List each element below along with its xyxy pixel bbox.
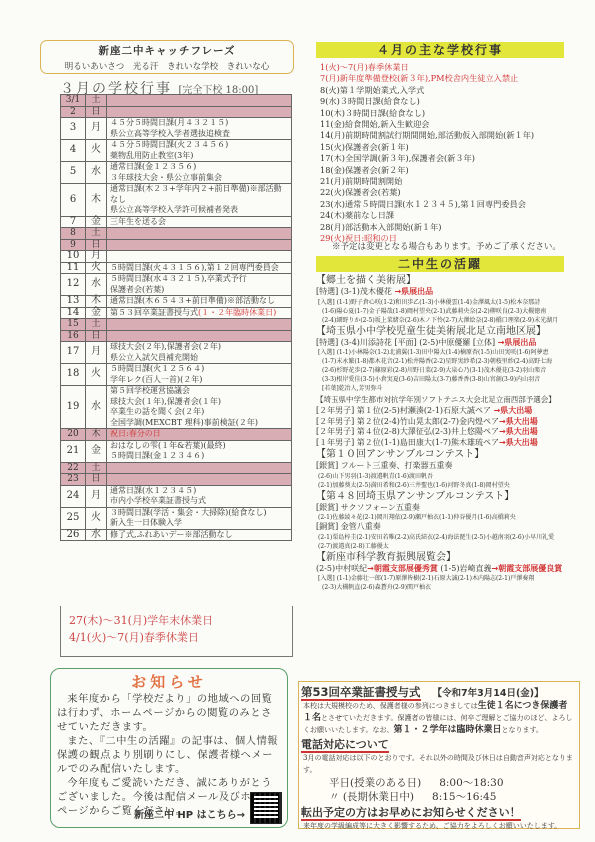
calendar-row: 3月４５分５時間日課(月４３２１５)県公立高等学校入学者選抜追検査 bbox=[61, 118, 292, 140]
calendar-weekday: 月 bbox=[86, 342, 107, 364]
activities-banner: 二中生の活躍 bbox=[316, 256, 564, 272]
calendar-weekday: 日 bbox=[86, 239, 107, 251]
event-line: 県公立高等学校入学者選抜追検査 bbox=[110, 129, 288, 140]
award-label: →県大出場 bbox=[499, 427, 538, 436]
phone-label: 〃 (長期休業日中) bbox=[329, 791, 414, 803]
calendar-weekday: 土 bbox=[86, 228, 107, 240]
april-event: 10(木)３時間日課(給食なし) bbox=[320, 108, 575, 119]
calendar-day: 10 bbox=[61, 251, 86, 263]
activity-text: [２年男子] 第１位(2-5)村瀬湊(2-1)石原大誠ペア bbox=[316, 406, 494, 415]
calendar-weekday: 水 bbox=[86, 162, 107, 184]
holiday-line: 4/1(火)～7(月)春季休業日 bbox=[61, 629, 292, 646]
transfer-title: 転出予定の方はお早めにお知らせください！ bbox=[301, 806, 521, 821]
activity-line: (2-1)栗島梓圭(2-1)安田若唯(2-2)高氏結衣(2-4)海法琵生(2-5… bbox=[316, 533, 578, 542]
activity-text: (1-5)岩崎直義 bbox=[438, 564, 492, 573]
event-line: ３年球技大会・県公立事前集会 bbox=[110, 173, 288, 184]
phone-text: 3月の電話対応は以下のとおりです。それ以外の時間及び休日は自動音声対応となります… bbox=[299, 752, 579, 776]
calendar-weekday: 水 bbox=[86, 274, 107, 296]
calendar-row: 14金第５３回卒業証書授与式(１・２年臨時休業日) bbox=[61, 307, 292, 319]
calendar-row: 10月 bbox=[61, 251, 292, 263]
april-event: 9(水)３時間日課(給食なし) bbox=[320, 96, 575, 107]
calendar-row: 23日 bbox=[61, 474, 292, 486]
holiday-line: 27(木)～31(月)学年末休業日 bbox=[61, 612, 292, 629]
event-line: 修了式,ふれあいデー※部活動なし bbox=[110, 530, 288, 541]
calendar-weekday: 水 bbox=[86, 386, 107, 429]
event-line: ５時間日課(火４３１５６),第１２回専門委員会 bbox=[110, 263, 288, 274]
event-line: 通常日課(水１２３４５) bbox=[110, 486, 288, 497]
calendar-events: おはなしの雫(１年&若葉)(最終)５時間日課(金１２３４６) bbox=[107, 440, 292, 462]
calendar-weekday: 火 bbox=[86, 507, 107, 529]
activity-line: [２年男子] 第２位(2-4)竹山晃太郎(2-7)金内煌ペア→県大出場 bbox=[316, 417, 578, 428]
activity-line: (1-7)末永繁(1-8)都木花音(2-1)松井陽香(2-2)星野実紗希(2-3… bbox=[316, 357, 578, 366]
calendar-events: 第５回学校運営協議会球技大会(１年),保護者会(１年)卒業生の話を聞く会(２年)… bbox=[107, 386, 292, 429]
activity-text: (1-7)末永繁(1-8)都木花音(2-1)松井陽香(2-2)星野実紗希(2-3… bbox=[322, 358, 552, 365]
activity-text: [銀賞] サクソフォーン五重奏 bbox=[316, 503, 420, 512]
text-part: となります。 bbox=[501, 726, 542, 734]
qr-code-icon[interactable] bbox=[251, 793, 281, 823]
activity-line: (2-1)佐藤綾々花(2-1)岡川翔依(2-9)瀬戸柚衣(1-1)仲谷優月(1-… bbox=[316, 513, 578, 522]
activity-line: (2-7)渡邉真(2-8)工藤優太 bbox=[316, 542, 578, 551]
calendar-row: 22土 bbox=[61, 462, 292, 474]
event-line: ５時間日課(水４３２１５),卒業式予行 bbox=[110, 274, 288, 285]
calendar-row: 26水修了式,ふれあいデー※部活動なし bbox=[61, 529, 292, 541]
calendar-day: 5 bbox=[61, 162, 86, 184]
april-event: 28(月)部活動本入部開始(新１年) bbox=[320, 222, 575, 233]
april-event: 23(水)通常５時間日課(水１２３４５),第１回専門委員会 bbox=[320, 199, 575, 210]
event-line: 球技大会(２年),保護者会(２年) bbox=[110, 342, 288, 353]
calendar-row: 6木通常日課(木２３+学年内２+前日準備)※部活動なし県公立高等学校入学許可候補… bbox=[61, 184, 292, 217]
calendar-row: 21金おはなしの雫(１年&若葉)(最終)５時間日課(金１２３４６) bbox=[61, 440, 292, 462]
catchphrase-text: 明るいあいさつ 光る汗 きれいな学校 きれいな心 bbox=[41, 60, 293, 72]
activity-line: [銅賞] 金管八重奏 bbox=[316, 522, 578, 533]
calendar-row: 20木祝日:春分の日 bbox=[61, 429, 292, 441]
event-line: ３時間日課(学活・集会・大掃除)(給食なし) bbox=[110, 508, 288, 519]
activity-text: (3-3)根岸愛佳(3-5)小倉実夏(3-6)吉田陽太(3-7)藤香香(3-8)… bbox=[322, 376, 540, 383]
activity-line: [特選] (3-1)茂木優花 →県展出品 bbox=[316, 287, 578, 298]
activity-text: [銀賞] フルート三重奏、打楽器五重奏 bbox=[316, 461, 452, 470]
calendar-events: ５時間日課(火４３１５６),第１２回専門委員会 bbox=[107, 262, 292, 274]
calendar-row: 18火５時間日課(火１２５６４)学年レク(百人一首)(２年) bbox=[61, 364, 292, 386]
calendar-weekday: 金 bbox=[86, 307, 107, 319]
calendar-day: 14 bbox=[61, 307, 86, 319]
calendar-events bbox=[107, 95, 292, 107]
activity-heading: 【埼玉県小中学校児童生徒美術展北足立南地区展】 bbox=[316, 325, 578, 338]
calendar-day: 17 bbox=[61, 342, 86, 364]
event-line: 通常日課(木２３+学年内２+前日準備)※部活動なし bbox=[110, 184, 288, 205]
activity-line: (2-1)加藤葵太(2-5)満田希和(2-6)三井聖也(1-6)河野冬真(1-8… bbox=[316, 481, 578, 490]
calendar-events: ３時間日課(学活・集会・大掃除)(給食なし)新入生一日体験入学 bbox=[107, 507, 292, 529]
award-label: →県大出場 bbox=[494, 406, 533, 415]
calendar-day: 2 bbox=[61, 106, 86, 118]
activity-text: [特選] (3-1)茂木優花 bbox=[316, 287, 394, 296]
calendar-day: 23 bbox=[61, 474, 86, 486]
calendar-day: 6 bbox=[61, 184, 86, 217]
calendar-events bbox=[107, 474, 292, 486]
activity-line: (2-5)中村咲紀→朝霞支部展優秀賞 (1-5)岩崎直義→朝霞支部展優良賞 bbox=[316, 564, 578, 575]
april-event: 8(火)第１学期始業式,入学式 bbox=[320, 85, 575, 96]
april-event: 24(木)薬前なし日課 bbox=[320, 210, 575, 221]
graduation-title: 第53回卒業証書授与式 bbox=[301, 685, 421, 701]
calendar-weekday: 土 bbox=[86, 462, 107, 474]
phone-row: 平日(授業のある日)8:00～18:30 bbox=[299, 776, 579, 790]
calendar-day: 24 bbox=[61, 485, 86, 507]
event-line: 通常日課(金１２３５６) bbox=[110, 162, 288, 173]
event-line: 第５３回卒業証書授与式(１・２年臨時休業日) bbox=[110, 308, 288, 319]
event-line: 三年生を送る会 bbox=[110, 217, 288, 228]
calendar-day: 16 bbox=[61, 330, 86, 342]
calendar-events: 第５３回卒業証書授与式(１・２年臨時休業日) bbox=[107, 307, 292, 319]
calendar-events: 通常日課(金１２３５６)３年球技大会・県公立事前集会 bbox=[107, 162, 292, 184]
activity-line: [２年男子] 第１位(2-5)村瀬湊(2-1)石原大誠ペア →県大出場 bbox=[316, 406, 578, 417]
calendar-weekday: 月 bbox=[86, 251, 107, 263]
calendar-weekday: 土 bbox=[86, 95, 107, 107]
catchphrase-title: 新座二中キャッチフレーズ bbox=[41, 43, 293, 58]
calendar-weekday: 木 bbox=[86, 429, 107, 441]
calendar-day: 3/1 bbox=[61, 95, 86, 107]
activity-text: [入選] (1-1)金藤壮一郎(1-7)原澤皆樹(2-1)石原大誠(2-1)木内… bbox=[318, 575, 534, 582]
calendar-weekday: 火 bbox=[86, 140, 107, 162]
calendar-day: 20 bbox=[61, 429, 86, 441]
event-line: 市内小学校卒業証書授与式 bbox=[110, 496, 288, 507]
event-line: 球技大会(１年),保護者会(１年) bbox=[110, 397, 288, 408]
calendar-day: 11 bbox=[61, 262, 86, 274]
calendar-row: 24月通常日課(水１２３４５)市内小学校卒業証書授与式 bbox=[61, 485, 292, 507]
notice-paragraph: また、『二中生の活躍』の記事は、個人情報保護の観点より別刷りにし、保護者様へメー… bbox=[51, 734, 287, 776]
calendar-row: 12水５時間日課(水４３２１５),卒業式予行保護者会(若葉) bbox=[61, 274, 292, 296]
transfer-heading: 転出予定の方はお早めにお知らせください！ bbox=[301, 804, 579, 820]
calendar-events: 通常日課(水１２３４５)市内小学校卒業証書授与式 bbox=[107, 485, 292, 507]
award-label: →県大出場 bbox=[499, 438, 538, 447]
calendar-weekday: 日 bbox=[86, 106, 107, 118]
graduation-heading: 第53回卒業証書授与式【令和7年3月14日(金)】 bbox=[301, 684, 579, 700]
activity-text: [入選] (1-1)小林陽奈(1-2)北浦翼(1-3)田中陽大(1-4)楠原杏(… bbox=[318, 349, 549, 356]
march-calendar-table: 3/1土2日3月４５分５時間日課(月４３２１５)県公立高等学校入学者選抜追検査4… bbox=[60, 94, 292, 541]
activity-heading: 【郷土を描く美術展】 bbox=[316, 274, 578, 287]
april-event: 15(火)保護者会(新１年) bbox=[320, 142, 575, 153]
calendar-events bbox=[107, 106, 292, 118]
activity-text: [銅賞] 金管八重奏 bbox=[316, 522, 381, 531]
calendar-weekday: 金 bbox=[86, 216, 107, 228]
calendar-row: 19水第５回学校運営協議会球技大会(１年),保護者会(１年)卒業生の話を聞く会(… bbox=[61, 386, 292, 429]
april-event: 1(火)～7(月)春季休業日 bbox=[320, 62, 575, 73]
calendar-day: 21 bbox=[61, 440, 86, 462]
activity-line: [入選] (1-1)金藤壮一郎(1-7)原澤皆樹(2-1)石原大誠(2-1)木内… bbox=[316, 574, 578, 583]
activity-line: [特選] (3-4)川添詩花 [平面] (2-5)中原優羅 [立体] →県展出品 bbox=[316, 338, 578, 349]
calendar-weekday: 火 bbox=[86, 364, 107, 386]
activity-text: [２年男子] 第２位(2-4)竹山晃太郎(2-7)金内煌ペア bbox=[316, 417, 499, 426]
calendar-day: 8 bbox=[61, 228, 86, 240]
activity-line: (2-4)細野りか(2-5)坂上菜緒奈(2-6)木ノ下怜(2-7)大澤絵奈(2-… bbox=[316, 316, 578, 325]
calendar-weekday: 木 bbox=[86, 296, 107, 308]
calendar-weekday: 月 bbox=[86, 485, 107, 507]
april-event: 17(木)全国学調(新３年),保護者会(新３年) bbox=[320, 153, 575, 164]
activity-text: (2-3)大槻帆直(2-6)森蒼舟(2-9)関戸柚衣 bbox=[322, 584, 431, 591]
activity-text: (2-7)渡邉真(2-8)工藤優太 bbox=[318, 543, 389, 550]
calendar-events bbox=[107, 228, 292, 240]
calendar-weekday: 日 bbox=[86, 474, 107, 486]
calendar-events bbox=[107, 330, 292, 342]
activity-line: (2-6)杉野花歩(2-7)篠原彩(2-8)川野日菜(2-9)大泉心乃(3-1)… bbox=[316, 366, 578, 375]
calendar-weekday: 水 bbox=[86, 529, 107, 541]
activity-text: [１年男子] 第２位(1-1)島田康大(1-7)熊木雄琉ペア bbox=[316, 438, 499, 447]
activity-text: (1-6)陽心夏(1-7)金子陽哉(1-8)岡村望央(2-1)武藤莉央奈(2-2… bbox=[322, 308, 546, 315]
activity-line: [入選] (1-1)野子倉心咲(1-2)和田歩乙(1-3)小林優雲(1-4)金澤… bbox=[316, 298, 578, 307]
activity-heading: 【埼玉県中学生都市対抗学年別ソフトテニス大会北足立南西部予選会】 bbox=[316, 393, 578, 406]
activity-line: (1-6)陽心夏(1-7)金子陽哉(1-8)岡村望央(2-1)武藤莉央奈(2-2… bbox=[316, 307, 578, 316]
calendar-events: ４５分５時間日課(火２３４５６)薬物乱用防止教室(3年) bbox=[107, 140, 292, 162]
activity-text: [入選] (1-1)野子倉心咲(1-2)和田歩乙(1-3)小林優雲(1-4)金澤… bbox=[318, 299, 540, 306]
activity-text: (2-1)加藤葵太(2-5)満田希和(2-6)三井聖也(1-6)河野冬真(1-8… bbox=[318, 482, 510, 489]
calendar-row: 13木通常日課(木６５４３+前日準備)※部活動なし bbox=[61, 296, 292, 308]
transfer-text: 来年度の学級編成等に大きく影響するため、ご協力をよろしくお願いいたします。 bbox=[299, 820, 579, 832]
calendar-weekday: 月 bbox=[86, 118, 107, 140]
april-event: 14(月)前期時間割試行期間開始,部活動仮入部開始(新１年) bbox=[320, 130, 575, 141]
calendar-day: 25 bbox=[61, 507, 86, 529]
calendar-events bbox=[107, 239, 292, 251]
event-note-red: (１・２年臨時休業日) bbox=[198, 308, 276, 317]
calendar-events: ４５分５時間日課(月４３２１５)県公立高等学校入学者選抜追検査 bbox=[107, 118, 292, 140]
april-events-list: 1(火)～7(月)春季休業日7(月)新年度準備登校(新３年),PM校舎内生徒立入… bbox=[320, 62, 575, 245]
phone-time: 8:00～18:30 bbox=[439, 777, 503, 789]
event-line: ４５分５時間日課(火２３４５６) bbox=[110, 140, 288, 151]
calendar-events: 修了式,ふれあいデー※部活動なし bbox=[107, 529, 292, 541]
event-line: 新入生一日体験入学 bbox=[110, 518, 288, 529]
calendar-events bbox=[107, 319, 292, 331]
calendar-weekday: 木 bbox=[86, 184, 107, 217]
award-label: →県展出品 bbox=[498, 338, 537, 347]
notice-box: お知らせ 来年度から「学校だより」の地域への回覧は行わず、ホームページからの閲覧… bbox=[50, 668, 288, 828]
award-label: →県大出場 bbox=[499, 417, 538, 426]
april-event: 21(月)前期時間割開始 bbox=[320, 176, 575, 187]
activity-line: [１年男子] 第２位(1-1)島田康大(1-7)熊木雄琉ペア→県大出場 bbox=[316, 438, 578, 449]
calendar-weekday: 金 bbox=[86, 440, 107, 462]
event-line: 県公立高等学校入学許可候補者発表 bbox=[110, 205, 288, 216]
event-line: 卒業生の話を聞く会(２年) bbox=[110, 407, 288, 418]
calendar-row: 17月球技大会(２年),保護者会(２年)県公立入試欠員補充開始 bbox=[61, 342, 292, 364]
event-line: ４５分５時間日課(月４３２１５) bbox=[110, 118, 288, 129]
calendar-day: 19 bbox=[61, 386, 86, 429]
activity-line: (3-3)根岸愛佳(3-5)小倉実夏(3-6)吉田陽太(3-7)藤香香(3-8)… bbox=[316, 375, 578, 384]
calendar-day: 15 bbox=[61, 319, 86, 331]
calendar-events bbox=[107, 251, 292, 263]
activity-text: (2-4)細野りか(2-5)坂上菜緒奈(2-6)木ノ下怜(2-7)大澤絵奈(2-… bbox=[322, 317, 558, 324]
event-line: ５時間日課(火１２５６４) bbox=[110, 364, 288, 375]
calendar-day: 3 bbox=[61, 118, 86, 140]
calendar-events: ５時間日課(火１２５６４)学年レク(百人一首)(２年) bbox=[107, 364, 292, 386]
calendar-weekday: 火 bbox=[86, 262, 107, 274]
calendar-day: 4 bbox=[61, 140, 86, 162]
phone-label: 平日(授業のある日) bbox=[329, 777, 421, 789]
phone-title: 電話対応について bbox=[301, 738, 389, 753]
calendar-row: 2日 bbox=[61, 106, 292, 118]
schedule-note: ※予定は変更となる場合もあります。予めご了承ください。 bbox=[332, 240, 561, 252]
april-event: 22(火)保護者会(若葉) bbox=[320, 187, 575, 198]
march-holiday-box: 27(木)～31(月)学年末休業日 4/1(火)～7(月)春季休業日 bbox=[60, 606, 293, 657]
calendar-day: 9 bbox=[61, 239, 86, 251]
activity-line: (2-6)山下男羽(1-3)渡邉帆青(1-6)渡田帆吾 bbox=[316, 472, 578, 481]
event-line: 通常日課(木６５４３+前日準備)※部活動なし bbox=[110, 296, 288, 307]
activity-heading: 【新座市科学教育振興展覧会】 bbox=[316, 551, 578, 564]
activity-line: [２年男子] 第４位(2-8)大澤征弘(2-3)井上悠陽ペア→県大出場 bbox=[316, 427, 578, 438]
event-line: ５時間日課(金１２３４６) bbox=[110, 451, 288, 462]
calendar-day: 26 bbox=[61, 529, 86, 541]
calendar-weekday: 日 bbox=[86, 330, 107, 342]
calendar-row: 5水通常日課(金１２３５６)３年球技大会・県公立事前集会 bbox=[61, 162, 292, 184]
phone-time: 8:15～16:45 bbox=[432, 791, 496, 803]
calendar-events: ５時間日課(水４３２１５),卒業式予行保護者会(若葉) bbox=[107, 274, 292, 296]
activity-heading: 【第４８回埼玉県アンサンブルコンテスト】 bbox=[316, 490, 578, 503]
activity-text: [２年男子] 第４位(2-8)大澤征弘(2-3)井上悠陽ペア bbox=[316, 427, 499, 436]
activity-line: [入選] (1-1)小林陽奈(1-2)北浦翼(1-3)田中陽大(1-4)楠原杏(… bbox=[316, 348, 578, 357]
april-event: 11(金)給食開始,新入生歓迎会 bbox=[320, 119, 575, 130]
calendar-day: 18 bbox=[61, 364, 86, 386]
graduation-box: 第53回卒業証書授与式【令和7年3月14日(金)】 本校は大規模校のため、保護者… bbox=[298, 681, 580, 829]
activity-text: (2-1)栗島梓圭(2-1)安田若唯(2-2)高氏結衣(2-4)海法琵生(2-5… bbox=[318, 534, 554, 541]
calendar-events bbox=[107, 462, 292, 474]
activity-text: (2-6)杉野花歩(2-7)篠原彩(2-8)川野日菜(2-9)大泉心乃(3-1)… bbox=[322, 367, 546, 374]
graduation-date: 【令和7年3月14日(金)】 bbox=[433, 688, 544, 699]
calendar-row: 11火５時間日課(火４３１５６),第１２回専門委員会 bbox=[61, 262, 292, 274]
calendar-weekday: 土 bbox=[86, 319, 107, 331]
phone-heading: 電話対応について bbox=[301, 736, 579, 752]
calendar-events: 三年生を送る会 bbox=[107, 216, 292, 228]
calendar-row: 9日 bbox=[61, 239, 292, 251]
text-part: 本校は大規模校のため、保護者様の参列につきましては bbox=[303, 702, 478, 710]
event-line: 第５回学校運営協議会 bbox=[110, 386, 288, 397]
graduation-text: 本校は大規模校のため、保護者様の参列につきましては生徒１名につき保護者１名とさせ… bbox=[299, 700, 579, 736]
calendar-events: 球技大会(２年),保護者会(２年)県公立入試欠員補充開始 bbox=[107, 342, 292, 364]
award-label: →県展出品 bbox=[394, 287, 433, 296]
calendar-events: 祝日:春分の日 bbox=[107, 429, 292, 441]
activity-line: [銀賞] フルート三重奏、打楽器五重奏 bbox=[316, 461, 578, 472]
calendar-row: 25火３時間日課(学活・集会・大掃除)(給食なし)新入生一日体験入学 bbox=[61, 507, 292, 529]
april-event: 7(月)新年度準備登校(新３年),PM校舎内生徒立入禁止 bbox=[320, 73, 575, 84]
april-events-banner: ４月の主な学校行事 bbox=[316, 42, 564, 58]
activity-line: (2-3)大槻帆直(2-6)森蒼舟(2-9)関戸柚衣 bbox=[316, 583, 578, 592]
calendar-row: 8土 bbox=[61, 228, 292, 240]
homepage-link[interactable]: 新座二中 HP はこちら→ bbox=[134, 806, 245, 821]
activities-list: 【郷土を描く美術展】[特選] (3-1)茂木優花 →県展出品[入選] (1-1)… bbox=[316, 274, 578, 592]
event-line: おはなしの雫(１年&若葉)(最終) bbox=[110, 441, 288, 452]
activity-line: [銀賞] サクソフォーン五重奏 bbox=[316, 503, 578, 514]
calendar-events: 通常日課(木６５４３+前日準備)※部活動なし bbox=[107, 296, 292, 308]
activity-line: [若葉]乾冶人,芳男弥斗 bbox=[316, 384, 578, 393]
activity-heading: 【第１０回アンサンブルコンテスト】 bbox=[316, 448, 578, 461]
activity-text: [若葉]乾冶人,芳男弥斗 bbox=[322, 385, 383, 392]
calendar-row: 15土 bbox=[61, 319, 292, 331]
activity-text: [特選] (3-4)川添詩花 [平面] (2-5)中原優羅 [立体] bbox=[316, 338, 498, 347]
event-line: 全国学調(MEXCBT 理科)事前検証(２年) bbox=[110, 418, 288, 429]
phone-row: 〃 (長期休業日中)8:15～16:45 bbox=[299, 790, 579, 804]
calendar-row: 3/1土 bbox=[61, 95, 292, 107]
calendar-row: 7金三年生を送る会 bbox=[61, 216, 292, 228]
april-event: 18(金)保護者会(新２年) bbox=[320, 165, 575, 176]
event-line: 薬物乱用防止教室(3年) bbox=[110, 151, 288, 162]
calendar-row: 4火４５分５時間日課(火２３４５６)薬物乱用防止教室(3年) bbox=[61, 140, 292, 162]
activity-text: (2-6)山下男羽(1-3)渡邉帆青(1-6)渡田帆吾 bbox=[318, 473, 433, 480]
event-line: 保護者会(若葉) bbox=[110, 285, 288, 296]
award-label: →朝霞支部展優良賞 bbox=[492, 564, 563, 573]
notice-paragraph: 来年度から「学校だより」の地域への回覧は行わず、ホームページからの閲覧のみとさせ… bbox=[51, 692, 287, 734]
activity-text: (2-1)佐藤綾々花(2-1)岡川翔依(2-9)瀬戸柚衣(1-1)仲谷優月(1-… bbox=[318, 514, 516, 521]
event-line: 学年レク(百人一首)(２年) bbox=[110, 375, 288, 386]
activity-text: (2-5)中村咲紀 bbox=[316, 564, 367, 573]
award-label: →朝霞支部展優秀賞 bbox=[367, 564, 438, 573]
notice-title: お知らせ bbox=[51, 671, 287, 692]
calendar-day: 12 bbox=[61, 274, 86, 296]
event-text: 第５３回卒業証書授与式 bbox=[110, 308, 198, 317]
calendar-day: 13 bbox=[61, 296, 86, 308]
calendar-row: 16日 bbox=[61, 330, 292, 342]
holiday-label: 祝日:春分の日 bbox=[110, 429, 161, 438]
calendar-day: 7 bbox=[61, 216, 86, 228]
event-line: 県公立入試欠員補充開始 bbox=[110, 353, 288, 364]
calendar-day: 22 bbox=[61, 462, 86, 474]
calendar-events: 通常日課(木２３+学年内２+前日準備)※部活動なし県公立高等学校入学許可候補者発… bbox=[107, 184, 292, 217]
catchphrase-box: 新座二中キャッチフレーズ 明るいあいさつ 光る汗 きれいな学校 きれいな心 bbox=[40, 40, 294, 74]
text-bold: 第１・２学年は臨時休業日 bbox=[393, 725, 501, 735]
